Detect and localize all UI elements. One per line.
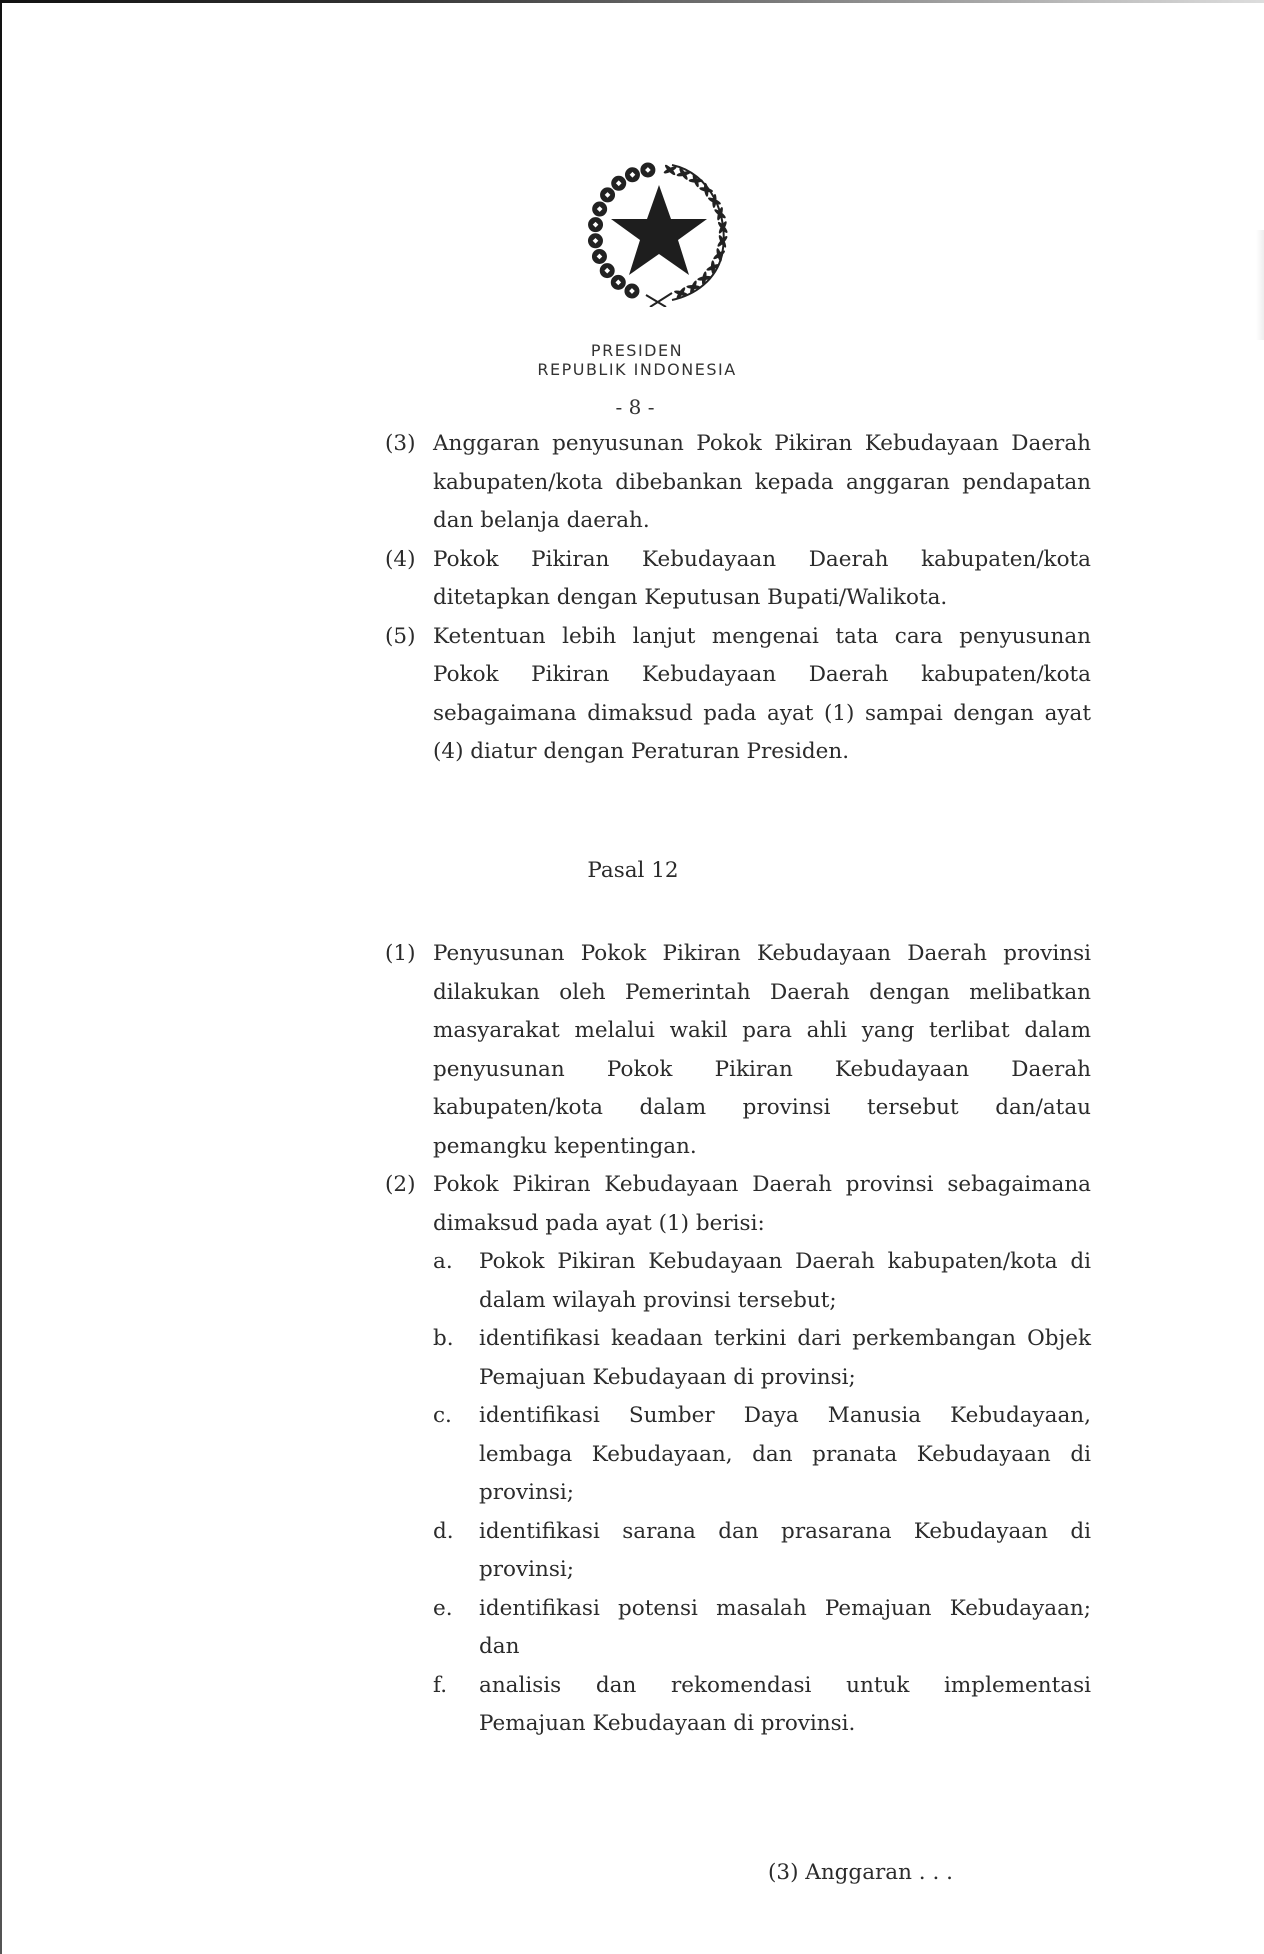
page-number: - 8 - — [0, 395, 1264, 419]
list-text: identifikasi potensi masalah Pemajuan Ke… — [479, 1590, 1091, 1667]
pasal-12-body: (1) Penyusunan Pokok Pikiran Kebudayaan … — [385, 935, 1091, 1744]
list-letter: b. — [433, 1320, 479, 1359]
ayat-5: (5) Ketentuan lebih lanjut mengenai tata… — [385, 618, 1091, 772]
list-text: identifikasi sarana dan prasarana Kebuda… — [479, 1513, 1091, 1590]
list-letter: c. — [433, 1397, 479, 1436]
ayat-3: (3) Anggaran penyusunan Pokok Pikiran Ke… — [385, 425, 1091, 541]
list-item-b: b. identifikasi keadaan terkini dari per… — [433, 1320, 1091, 1397]
list-text: identifikasi Sumber Daya Manusia Kebuday… — [479, 1397, 1091, 1513]
pasal-12-ayat-2: (2) Pokok Pikiran Kebudayaan Daerah prov… — [385, 1166, 1091, 1243]
catchword-next-page: (3) Anggaran . . . — [768, 1860, 953, 1885]
crossed-stems-icon — [646, 293, 672, 307]
ayat-number: (3) — [385, 425, 433, 464]
scan-top-edge — [0, 0, 1264, 3]
ayat-number: (4) — [385, 541, 433, 580]
ayat-text: Anggaran penyusunan Pokok Pikiran Kebuda… — [433, 425, 1091, 541]
list-letter: f. — [433, 1667, 479, 1706]
list-text: Pokok Pikiran Kebudayaan Daerah kabupate… — [479, 1243, 1091, 1320]
list-text: analisis dan rekomendasi untuk implement… — [479, 1667, 1091, 1744]
list-item-a: a. Pokok Pikiran Kebudayaan Daerah kabup… — [433, 1243, 1091, 1320]
presidential-emblem-icon — [580, 155, 738, 307]
scan-left-edge — [0, 0, 2, 1954]
scan-right-shade — [1256, 230, 1264, 340]
ayat-number: (5) — [385, 618, 433, 657]
list-letter: d. — [433, 1513, 479, 1552]
list-item-f: f. analisis dan rekomendasi untuk implem… — [433, 1667, 1091, 1744]
ayat-number: (2) — [385, 1166, 433, 1205]
pasal-12-ayat-1: (1) Penyusunan Pokok Pikiran Kebudayaan … — [385, 935, 1091, 1166]
star-icon — [611, 185, 707, 275]
ayat-text: Pokok Pikiran Kebudayaan Daerah provinsi… — [433, 1166, 1091, 1243]
ayat-text: Penyusunan Pokok Pikiran Kebudayaan Daer… — [433, 935, 1091, 1166]
ayat-text: Pokok Pikiran Kebudayaan Daerah kabupate… — [433, 541, 1091, 618]
continued-section: (3) Anggaran penyusunan Pokok Pikiran Ke… — [385, 425, 1091, 772]
list-letter: a. — [433, 1243, 479, 1282]
list-item-c: c. identifikasi Sumber Daya Manusia Kebu… — [433, 1397, 1091, 1513]
letterhead-line-1: PRESIDEN — [0, 341, 1264, 360]
list-item-d: d. identifikasi sarana dan prasarana Keb… — [433, 1513, 1091, 1590]
ayat-number: (1) — [385, 935, 433, 974]
list-text: identifikasi keadaan terkini dari perkem… — [479, 1320, 1091, 1397]
ayat-4: (4) Pokok Pikiran Kebudayaan Daerah kabu… — [385, 541, 1091, 618]
ayat-text: Ketentuan lebih lanjut mengenai tata car… — [433, 618, 1091, 772]
list-item-e: e. identifikasi potensi masalah Pemajuan… — [433, 1590, 1091, 1667]
letterhead-line-2: REPUBLIK INDONESIA — [0, 360, 1264, 379]
list-letter: e. — [433, 1590, 479, 1629]
pasal-title: Pasal 12 — [0, 858, 1264, 883]
